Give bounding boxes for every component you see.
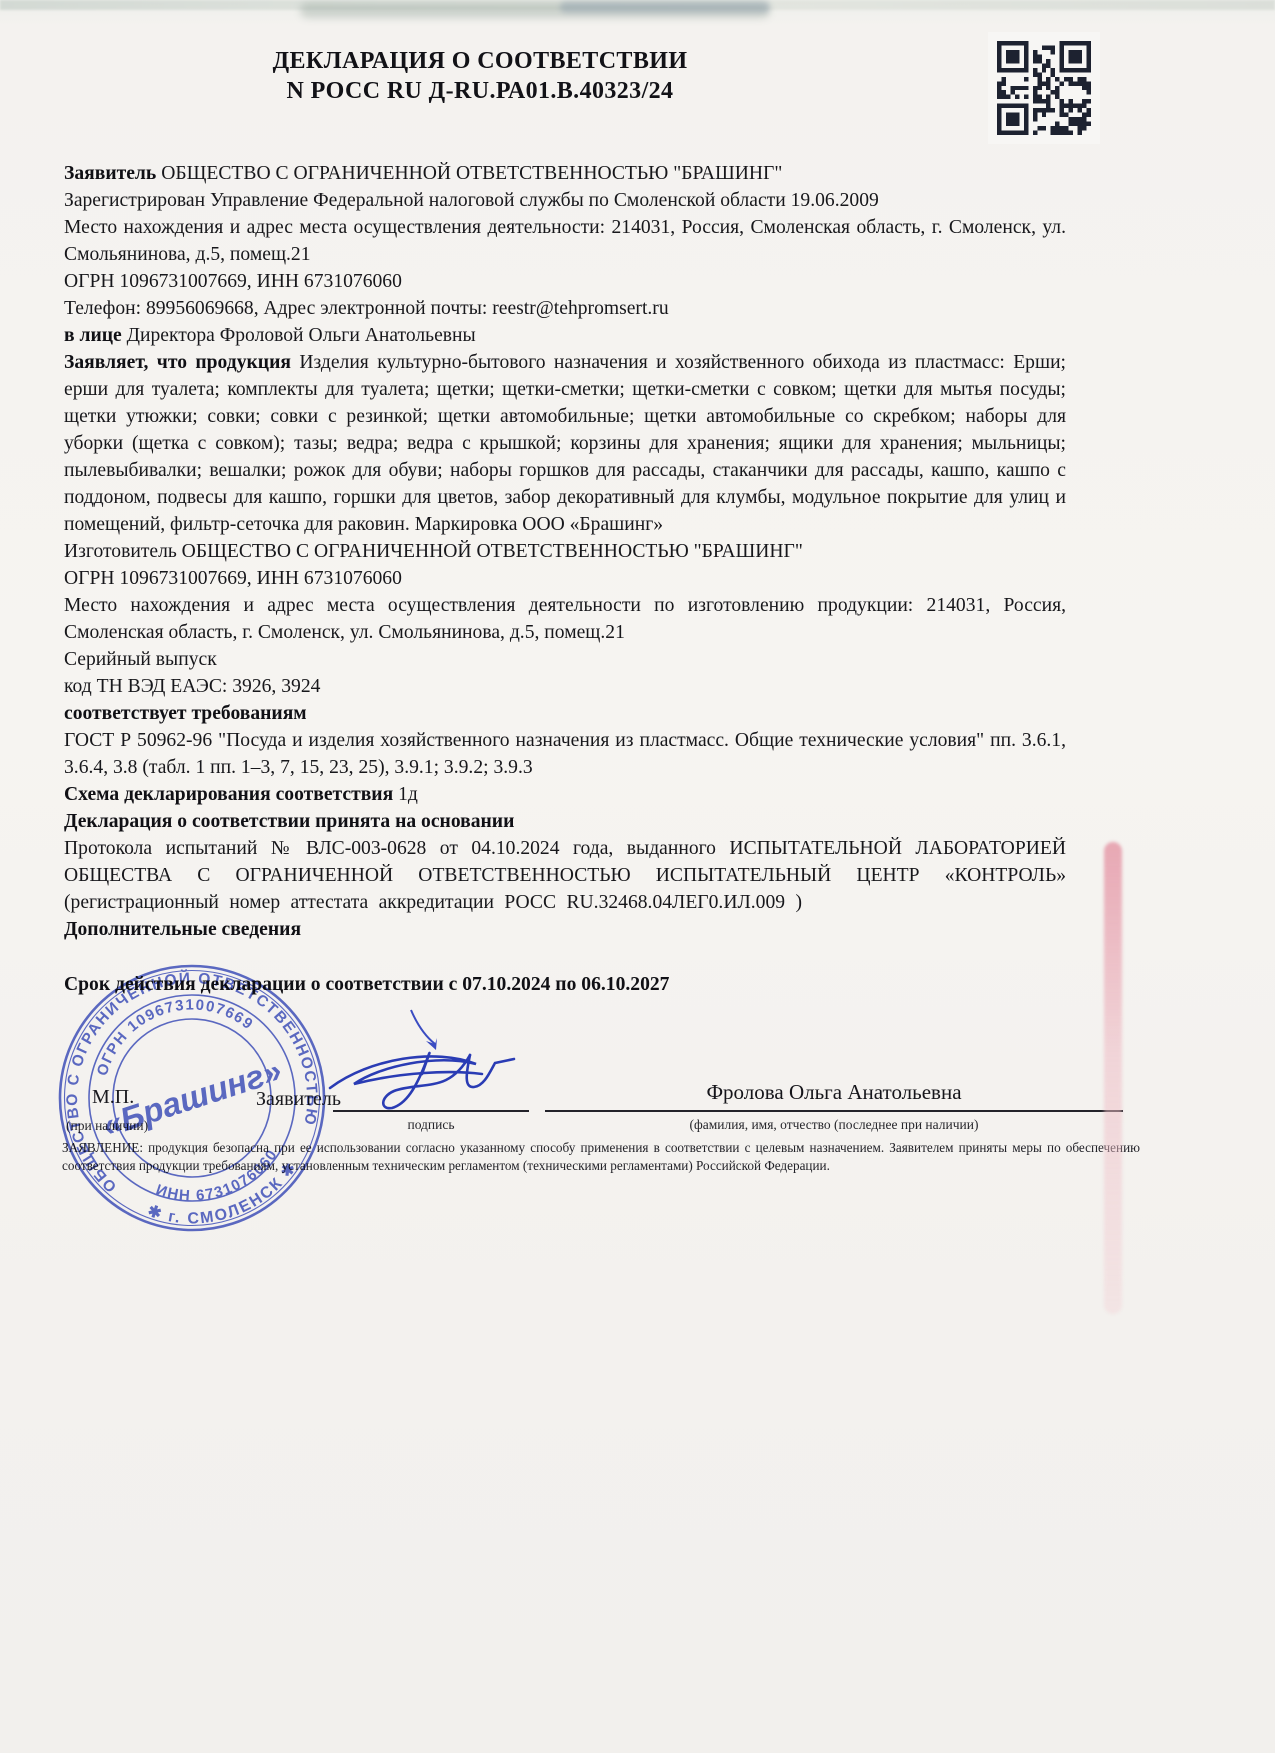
- paragraph-lead: в лице: [64, 325, 122, 346]
- paragraph-14: Схема декларирования соответствия 1д: [64, 781, 1066, 808]
- scan-artifact-pink-streak: [1104, 842, 1122, 1314]
- title-line-1: ДЕКЛАРАЦИЯ О СООТВЕТСТВИИ: [110, 46, 850, 76]
- signatory-name: Фролова Ольга Анатольевна: [545, 1080, 1123, 1105]
- paragraph-2: Место нахождения и адрес места осуществл…: [64, 214, 1066, 268]
- document-body: Заявитель ОБЩЕСТВО С ОГРАНИЧЕННОЙ ОТВЕТС…: [64, 160, 1066, 998]
- paragraph-text: Изготовитель ОБЩЕСТВО С ОГРАНИЧЕННОЙ ОТВ…: [64, 541, 803, 562]
- paragraph-6: Заявляет, что продукция Изделия культурн…: [64, 349, 1066, 538]
- paragraph-10: Серийный выпуск: [64, 646, 1066, 673]
- paragraph-9: Место нахождения и адрес места осуществл…: [64, 592, 1066, 646]
- signature-caption: подпись: [333, 1117, 529, 1133]
- paragraph-text: код ТН ВЭД ЕАЭС: 3926, 3924: [64, 676, 320, 697]
- paragraph-11: код ТН ВЭД ЕАЭС: 3926, 3924: [64, 673, 1066, 700]
- paragraph-7: Изготовитель ОБЩЕСТВО С ОГРАНИЧЕННОЙ ОТВ…: [64, 538, 1066, 565]
- paragraph-text: Изделия культурно-бытового назначения и …: [64, 352, 1066, 535]
- paragraph-text: Протокола испытаний № ВЛС-003-0628 от 04…: [64, 838, 1066, 913]
- name-line: [545, 1110, 1123, 1112]
- title-line-2: N РОСС RU Д-RU.РА01.В.40323/24: [110, 76, 850, 106]
- paragraph-text: Серийный выпуск: [64, 649, 217, 670]
- stamp-center-name: «Брашинг»: [98, 1051, 286, 1144]
- paragraph-lead: Заявляет, что продукция: [64, 352, 291, 373]
- paragraph-lead: Заявитель: [64, 163, 156, 184]
- paragraph-text: 1д: [398, 784, 418, 805]
- name-caption: (фамилия, имя, отчество (последнее при н…: [545, 1117, 1123, 1133]
- paragraph-text: ОГРН 1096731007669, ИНН 6731076060: [64, 568, 402, 589]
- paragraph-3: ОГРН 1096731007669, ИНН 6731076060: [64, 268, 1066, 295]
- paragraph-13: ГОСТ Р 50962-96 "Посуда и изделия хозяйс…: [64, 727, 1066, 781]
- scan-artifact-smudge: [560, 1, 770, 13]
- paragraph-lead: Схема декларирования соответствия: [64, 784, 393, 805]
- paragraph-lead: Дополнительные сведения: [64, 919, 301, 940]
- paragraph-lead: соответствует требованиям: [64, 703, 307, 724]
- paragraph-16: Протокола испытаний № ВЛС-003-0628 от 04…: [64, 835, 1066, 916]
- paragraph-15: Декларация о соответствии принята на осн…: [64, 808, 1066, 835]
- company-stamp-icon: ОБЩЕСТВО С ОГРАНИЧЕННОЙ ОТВЕТСТВЕННОСТЬЮ…: [42, 948, 342, 1248]
- paragraph-17: Дополнительные сведения: [64, 916, 1066, 943]
- paragraph-text: Директора Фроловой Ольги Анатольевны: [127, 325, 476, 346]
- signature-line: [333, 1110, 529, 1112]
- document-title: ДЕКЛАРАЦИЯ О СООТВЕТСТВИИ N РОСС RU Д-RU…: [110, 46, 850, 106]
- document-page: ДЕКЛАРАЦИЯ О СООТВЕТСТВИИ N РОСС RU Д-RU…: [0, 0, 1275, 1753]
- paragraph-text: ГОСТ Р 50962-96 "Посуда и изделия хозяйс…: [64, 730, 1066, 778]
- paragraph-text: Зарегистрирован Управление Федеральной н…: [64, 190, 879, 211]
- paragraph-4: Телефон: 89956069668, Адрес электронной …: [64, 295, 1066, 322]
- paragraph-text: ОГРН 1096731007669, ИНН 6731076060: [64, 271, 402, 292]
- paragraph-12: соответствует требованиям: [64, 700, 1066, 727]
- qr-code-icon: [988, 32, 1100, 144]
- pen-arrow-mark: [405, 1008, 447, 1054]
- paragraph-1: Зарегистрирован Управление Федеральной н…: [64, 187, 1066, 214]
- paragraph-text: ОБЩЕСТВО С ОГРАНИЧЕННОЙ ОТВЕТСТВЕННОСТЬЮ…: [161, 163, 782, 184]
- paragraph-text: Телефон: 89956069668, Адрес электронной …: [64, 298, 669, 319]
- paragraph-lead: Декларация о соответствии принята на осн…: [64, 811, 514, 832]
- paragraph-8: ОГРН 1096731007669, ИНН 6731076060: [64, 565, 1066, 592]
- paragraph-text: Место нахождения и адрес места осуществл…: [64, 217, 1066, 265]
- paragraph-text: Место нахождения и адрес места осуществл…: [64, 595, 1066, 643]
- paragraph-5: в лице Директора Фроловой Ольги Анатолье…: [64, 322, 1066, 349]
- paragraph-0: Заявитель ОБЩЕСТВО С ОГРАНИЧЕННОЙ ОТВЕТС…: [64, 160, 1066, 187]
